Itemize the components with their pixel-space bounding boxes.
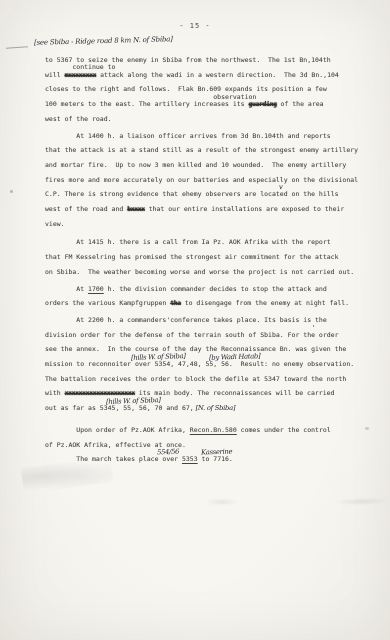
underlined-text: Recon.Bn.580 xyxy=(190,426,237,434)
typed-text: that the attack is at a stand still as a… xyxy=(45,146,358,154)
typed-text: view. xyxy=(45,220,65,228)
typed-text: on Sbiba. The weather becoming worse and… xyxy=(45,268,354,276)
text-line: At 1700 h. the division commander decide… xyxy=(45,282,363,297)
typed-text: comes under the control xyxy=(237,426,331,434)
handwritten-insert: Kasserine xyxy=(200,445,232,461)
handwritten-note: [N. of Sbiba] xyxy=(194,404,235,412)
typed-text: will xyxy=(45,71,65,79)
text-line: closes to the right and follows. Flak Bn… xyxy=(45,82,363,97)
text-line: with xxxxxxxxxxxxxxxxxxxx its main body.… xyxy=(45,386,363,401)
handwritten-insert: [hills W. of Sbiba] xyxy=(131,349,186,366)
text-line: west of the road. xyxy=(45,112,363,127)
typed-text: with xyxy=(45,389,65,397)
typed-text: to disengage from the enemy at night fal… xyxy=(181,299,349,307)
handwritten-insert: 554/56 xyxy=(157,445,180,460)
typed-insert: observation xyxy=(213,90,256,105)
typed-text: At 2200 h. a commanders'conference takes… xyxy=(45,316,327,324)
typed-text: orders the various Kampfgruppen xyxy=(45,299,170,307)
text-line: on Sbiba. The weather becoming worse and… xyxy=(45,265,363,280)
text-line: mission to reconnoiter over 5354, 47,48,… xyxy=(45,357,363,372)
typed-text: closes to the right and follows. Flak Bn… xyxy=(45,85,327,93)
typed-body: to 5367 to seize the enemy in Sbiba from… xyxy=(45,53,363,467)
text-line: west of the road and bxxxx that our enti… xyxy=(45,202,363,217)
page-number: - 15 - xyxy=(0,22,390,30)
text-line: 100 meters to the east. The artillery in… xyxy=(45,97,363,112)
pencil-dash-mark xyxy=(6,46,28,49)
text-line: view. xyxy=(45,217,363,232)
handwritten-insert: v xyxy=(278,180,282,195)
typed-text: fires more and more accurately on our ba… xyxy=(45,176,358,184)
typed-text: At xyxy=(45,285,88,293)
scan-speck xyxy=(365,427,369,430)
text-line: division order for the defense of the te… xyxy=(45,328,363,343)
handwritten-insert: [by Wadi Hatab] xyxy=(209,349,261,365)
typed-text: h. the division commander decides to sto… xyxy=(104,285,327,293)
text-line: C.P. There is strong evidence that ehemy… xyxy=(45,187,363,202)
text-line: The march takes place over 5353 to 7716.… xyxy=(45,452,363,467)
typed-text: its main body. The reconnaissances will … xyxy=(135,389,335,397)
typed-text: that our entire installations are expose… xyxy=(145,205,345,213)
strikethrough-text: bxxxx xyxy=(127,205,145,213)
text-line: that FM Kesselring has promised the stro… xyxy=(45,250,363,265)
handwritten-insert: [hills W. of Sbiba] xyxy=(105,393,160,410)
typed-text: west of the road. xyxy=(45,115,112,123)
typed-text: that FM Kesselring has promised the stro… xyxy=(45,253,339,261)
typed-text: Upon order of Pz.AOK Afrika, xyxy=(45,426,190,434)
underlined-text: 5353 xyxy=(182,455,198,463)
handwritten-annotation-top: [see Sbiba - Ridge road 8 km N. of Sbiba… xyxy=(34,35,173,47)
text-line: will mxxxxxxxx attack along the wadi in … xyxy=(45,68,363,83)
typed-text: and mortar fire. Up to now 3 men killed … xyxy=(45,161,346,169)
text-line: At 2200 h. a commanders'conference takes… xyxy=(45,313,363,328)
text-line: orders the various Kampfgruppen tha to d… xyxy=(45,296,363,311)
text-line: see the annex. In the course of the day … xyxy=(45,342,363,357)
text-line: that the attack is at a stand still as a… xyxy=(45,143,363,158)
typed-text: The battalion receives the order to bloc… xyxy=(45,375,346,383)
typed-text: C.P. There is strong evidence that ehemy… xyxy=(45,190,339,198)
text-line: At 1400 h. a liaison officer arrives fro… xyxy=(45,129,363,144)
text-line: The battalion receives the order to bloc… xyxy=(45,372,363,387)
underlined-text: 1700 xyxy=(88,285,104,293)
text-line: and mortar fire. Up to now 3 men killed … xyxy=(45,158,363,173)
text-line: At 1415 h. there is a call from Ia Pz. A… xyxy=(45,235,363,250)
typed-insert: continue to xyxy=(72,60,115,75)
graphite-smudge xyxy=(336,497,388,506)
typed-text: At 1415 h. there is a call from Ia Pz. A… xyxy=(45,238,331,246)
typed-text: of the area xyxy=(277,100,324,108)
text-line: out as far as 5345, 55, 56, 70 and 67, [… xyxy=(45,401,363,416)
typed-text: At 1400 h. a liaison officer arrives fro… xyxy=(45,132,331,140)
graphite-smudge xyxy=(205,498,239,506)
scan-speck xyxy=(10,190,13,193)
typed-text: mission to reconnoiter over 5354, 47,48,… xyxy=(45,360,354,368)
typed-text: west of the road and xyxy=(45,205,127,213)
typed-text: see the annex. In the course of the day … xyxy=(45,345,346,353)
text-line: Upon order of Pz.AOK Afrika, Recon.Bn.58… xyxy=(45,423,363,438)
typed-text: attack along the wadi in a western direc… xyxy=(96,71,339,79)
scanned-document-page: - 15 - [see Sbiba - Ridge road 8 km N. o… xyxy=(0,0,390,640)
text-line: fires more and more accurately on our ba… xyxy=(45,173,363,188)
strikethrough-text: tha xyxy=(170,299,181,307)
typed-text: division order for the defense of the te… xyxy=(45,331,339,339)
